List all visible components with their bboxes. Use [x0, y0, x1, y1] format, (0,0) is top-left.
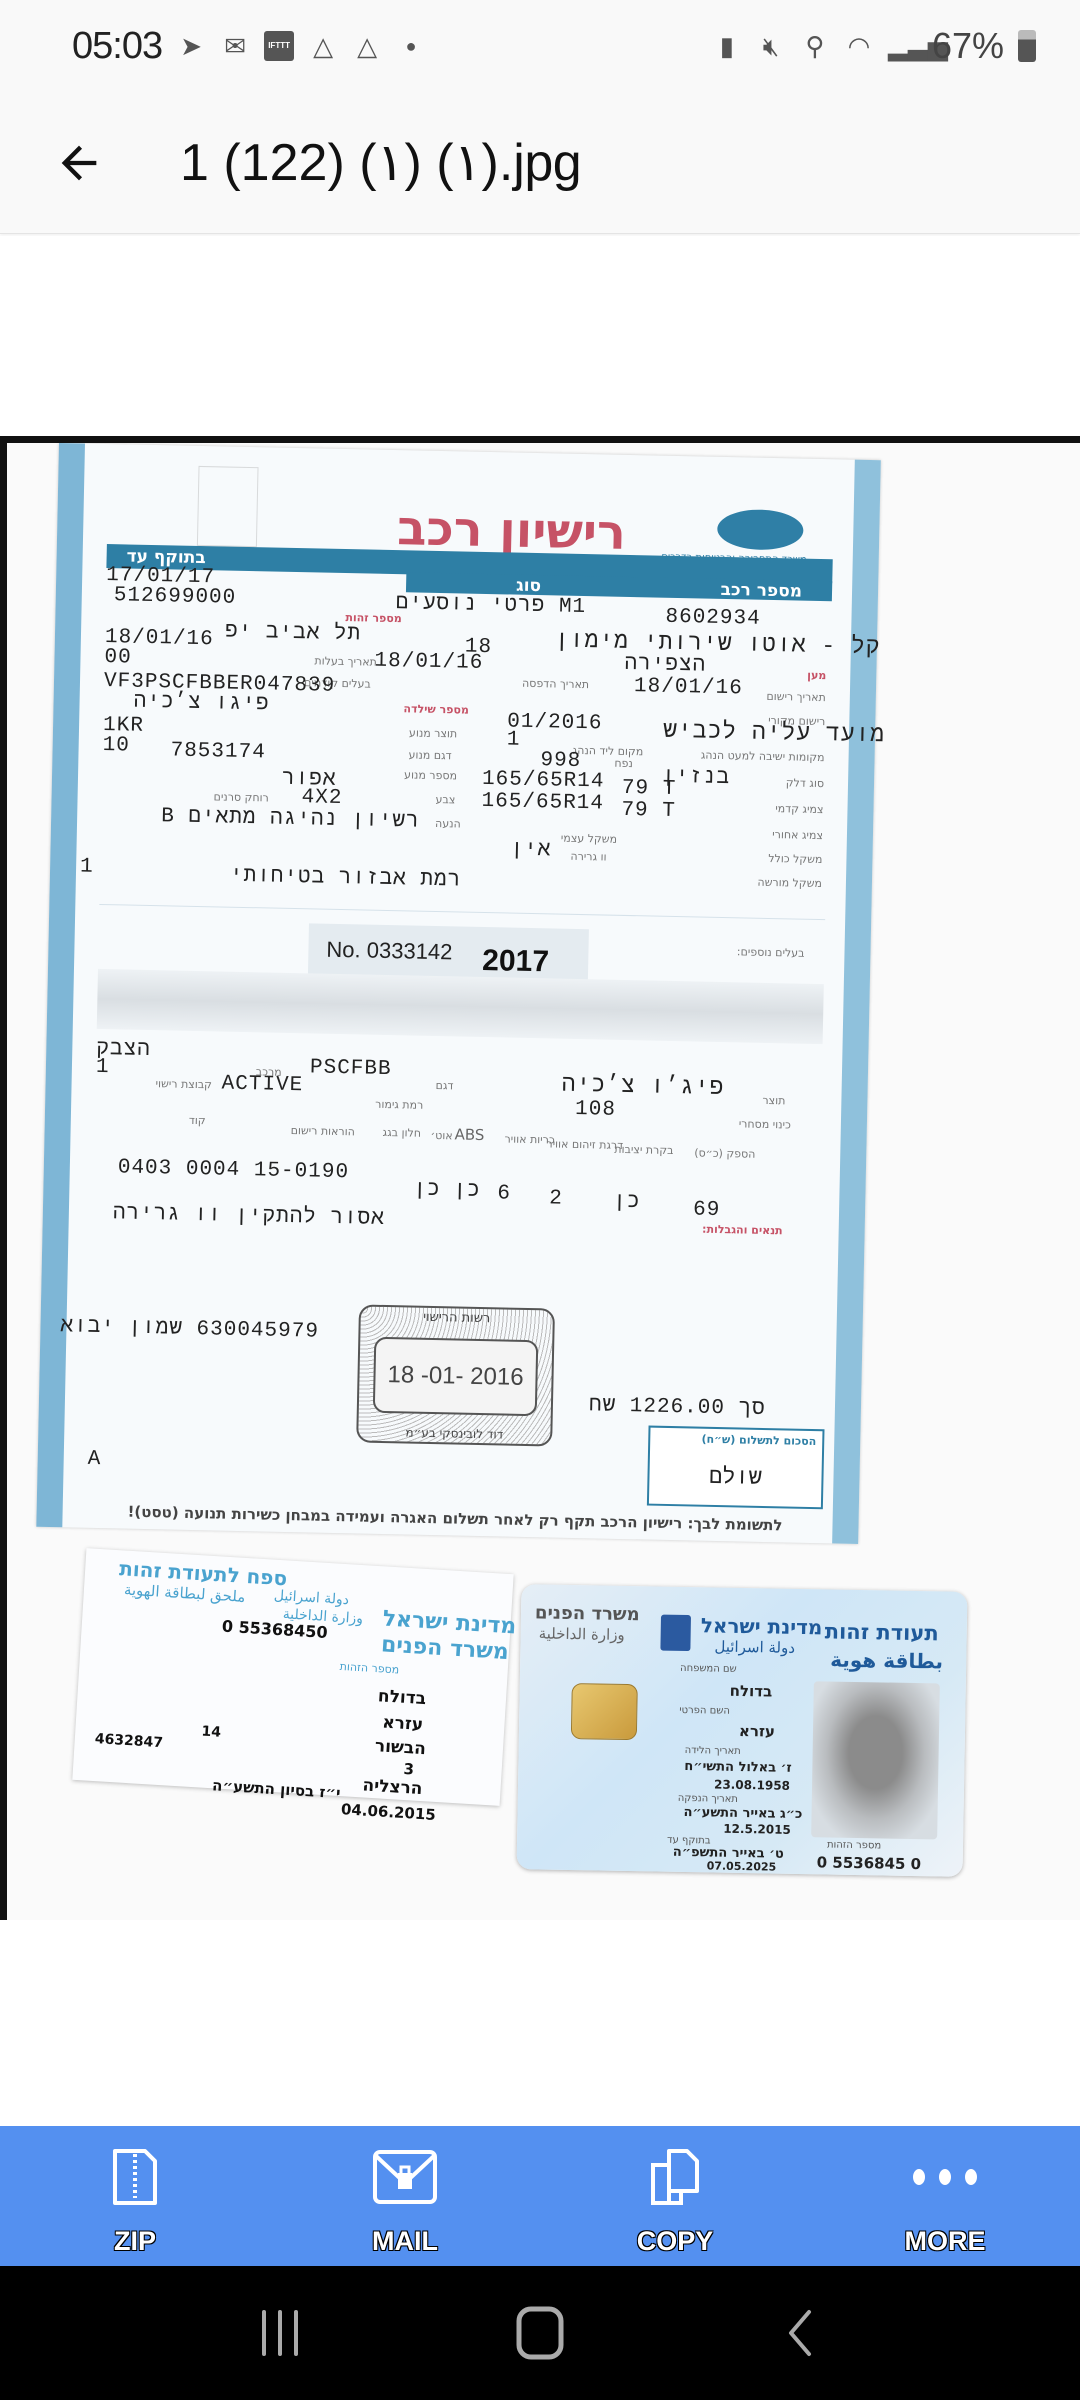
drive-icon: △	[352, 31, 382, 61]
engine-no: 7853174	[170, 739, 266, 764]
mail-button[interactable]: MAIL	[270, 2126, 540, 2266]
card-ministry-ar: وزارة الداخلية	[539, 1624, 625, 1644]
wifi-icon: ◠	[844, 31, 874, 61]
back-button[interactable]	[44, 128, 114, 198]
model-year: 01/2016	[507, 710, 603, 735]
payment-box: הסכום לתשלום (ש״ח) שולם	[647, 1426, 825, 1510]
recent-apps-button[interactable]	[230, 2283, 330, 2383]
app-bar: 1 (122) (١) (١).jpg	[0, 92, 1080, 234]
bottom-action-bar: ZIP MAIL COPY MORE	[0, 2126, 1080, 2266]
pollution-value: 2	[549, 1187, 563, 1210]
engine-no-label: מספר מנוע	[404, 768, 457, 782]
importer: 630045979 שמון יבוא	[60, 1315, 319, 1343]
more-button[interactable]: MORE	[810, 2126, 1080, 2266]
rear-tires-index: 79 T	[621, 799, 676, 823]
maker: פיג׳ו צ׳כיה	[561, 1072, 724, 1101]
vin-label: מספר שילדה	[403, 702, 469, 716]
reg-instructions-label: הוראות רישום	[291, 1124, 355, 1138]
card-dob: 23.08.1958	[714, 1778, 790, 1793]
displacement-label: נפח	[614, 757, 633, 770]
engine-maker-label: תוצר מנוע	[409, 726, 457, 740]
body: PSCFBB	[310, 1056, 392, 1081]
telegram-icon: ➤	[176, 31, 206, 61]
ownership-date: 18/01/16	[374, 650, 483, 675]
card-title: תעודת זהות	[825, 1619, 939, 1645]
seats-next-driver: 1	[507, 728, 521, 751]
vehicle-number: 8602934	[665, 606, 761, 631]
state-emblem-icon	[660, 1615, 691, 1652]
home-button[interactable]	[490, 2283, 590, 2383]
ownership-date-label: תאריך בעלות	[314, 654, 377, 668]
appendix-last-name: בדולח	[377, 1686, 426, 1709]
appendix-zip: 4632847	[94, 1731, 163, 1751]
manufacturer: פיגו צ׳כיה	[133, 691, 269, 717]
mail-icon	[372, 2149, 438, 2205]
trim: ACTIVE	[221, 1073, 303, 1098]
drive: 4X2	[301, 786, 342, 810]
card-id-label: מספר הזהות	[827, 1840, 881, 1852]
dob-label: תאריך הלידה	[685, 1745, 741, 1757]
battery-saver-icon: ▮	[712, 31, 742, 61]
engine-model-label: דגם מנוע	[408, 748, 451, 762]
sim-chip-icon	[571, 1683, 638, 1740]
card-issue-hebrew: כ״ג באייר התשע״ה	[683, 1805, 802, 1822]
color-label: צבע	[435, 793, 455, 806]
prev-owners: 00	[104, 646, 132, 670]
system-back-button[interactable]	[750, 2283, 850, 2383]
license-footer-note: לתשומת לבך: רישיון הרכב תקף רק לאחר תשלו…	[96, 1502, 782, 1534]
owner-name: קל - אוטו שירותי מימון	[555, 627, 881, 660]
battery-percent: 67%	[932, 25, 1004, 67]
card-first-name: עזרא	[739, 1722, 775, 1741]
vehicle-type: M1 פרטי נוסעים	[395, 592, 586, 619]
appendix-id-label: מספר הזהות	[339, 1660, 399, 1677]
mail-label: MAIL	[372, 2226, 438, 2257]
towing: אין	[510, 839, 551, 863]
zip-label: ZIP	[114, 2226, 156, 2257]
color-code-value: 1	[96, 1056, 110, 1079]
license-group-label: קבוצת רישוי	[155, 1077, 212, 1091]
print-date: 18/01/16	[634, 675, 743, 700]
payment-status: שולם	[649, 1464, 821, 1493]
image-viewer[interactable]: רישיון רכב משרד התחבורה והבטיחות בדרכים …	[0, 236, 1080, 2126]
file-title: 1 (122) (١) (١).jpg	[180, 133, 581, 193]
license-type: רשיון נהיגה מתאים B	[161, 805, 420, 833]
reg-date-label: תאריך רישום	[766, 690, 826, 704]
location-icon: ⚲	[800, 31, 830, 61]
back-icon	[785, 2308, 815, 2358]
status-time: 05:03	[72, 25, 162, 68]
letter: A	[87, 1448, 101, 1471]
portrait-photo	[811, 1681, 940, 1839]
zip-button[interactable]: ZIP	[0, 2126, 270, 2266]
card-ministry: משרד הפנים	[535, 1602, 640, 1625]
front-tires-label: צמיג קדמי	[775, 802, 823, 816]
system-nav-bar	[0, 2266, 1080, 2400]
rear-tires-label: צמיג אחורי	[772, 828, 823, 842]
payment-label: הסכום לתשלום (ש״ח)	[701, 1433, 816, 1448]
card-id-number: 0 5536845 0	[817, 1853, 922, 1873]
id-appendix-card: ספח לתעודת זהות ملحق لبطاقة الهوية دولة …	[72, 1548, 513, 1806]
ifttt-icon: IFTTT	[264, 31, 294, 61]
front-tires-index: 79 T	[622, 777, 677, 801]
serial-year: 2017	[482, 944, 549, 979]
stamp-dealer: דוד לובינסקי בע״מ	[366, 1425, 542, 1443]
code: 0403 0004 15-0190	[118, 1156, 350, 1184]
extra-owners-label: בעלים נוספים:	[737, 945, 805, 959]
self-weight-label: משקל עצמי	[561, 832, 617, 846]
original-reg: מועד עליה לכביש	[663, 718, 886, 749]
safety-level: רמת אבזור בטיחותי	[230, 865, 462, 893]
address-label: מען	[807, 669, 826, 682]
dot-icon: ●	[396, 31, 426, 61]
print-date-label: תאריך הדפסה	[522, 677, 589, 691]
rear-tires: 165/65R14	[481, 790, 604, 816]
mute-icon: 🔇︎	[756, 31, 786, 61]
stamp-date: 18 -01- 2016	[373, 1337, 539, 1416]
scanned-documents-image: רישיון רכב משרד התחבורה והבטיחות בדרכים …	[0, 436, 1080, 1920]
signal-icon: ▂▃▅	[888, 31, 918, 61]
appendix-city: הרצליה	[362, 1775, 423, 1799]
appendix-date: 04.06.2015	[340, 1800, 436, 1824]
appendix-state-ar: دولة اسرائيل	[273, 1588, 349, 1609]
appendix-street: הבשור	[374, 1736, 426, 1759]
outlook-icon: ✉	[220, 31, 250, 61]
fold-crease	[97, 969, 824, 1044]
owner-city: תל אביב יפ	[225, 621, 361, 647]
last-name-label: שם המשפחה	[680, 1663, 737, 1675]
conditions-label: תנאים והגבלות:	[702, 1223, 783, 1238]
registration-stamp: רשות הרישוי 18 -01- 2016 דוד לובינסקי בע…	[356, 1304, 555, 1446]
card-state: מדינת ישראל	[701, 1613, 823, 1639]
ministry-logo-icon	[717, 509, 804, 551]
safety-level-value: 1	[80, 856, 94, 879]
owner-id: 512699000	[114, 584, 237, 610]
arrow-left-icon	[53, 137, 105, 189]
fuel-label: סוג דלק	[786, 776, 824, 790]
total-amount: סך 1226.00 שח	[589, 1394, 766, 1421]
card-state-ar: دولة اسرائيل	[714, 1638, 795, 1657]
auto-value: כן	[413, 1179, 441, 1203]
appendix-date-hebrew: י״ז בסיון התשע״ה	[212, 1776, 341, 1802]
abs-label: ABS	[454, 1125, 484, 1144]
power-label: הספק (כ״ס)	[694, 1146, 755, 1160]
commercial-name: 108	[575, 1098, 616, 1122]
card-title-ar: بطاقة هوية	[830, 1648, 943, 1674]
stamp-authority: רשות הרישוי	[369, 1309, 545, 1328]
conditions: אסור להתקין וו גרירה	[113, 1202, 385, 1231]
trim-label: רמת גימור	[375, 1098, 423, 1112]
copy-icon	[647, 2148, 703, 2206]
total-weight-label: משקל כולל	[768, 852, 822, 866]
status-bar: 05:03 ➤ ✉ IFTTT △ △ ● ▮ 🔇︎ ⚲ ◠ ▂▃▅ 67%	[0, 0, 1080, 92]
serial-number: No. 0333142	[326, 937, 453, 966]
axle-label: רוחק סרנים	[213, 790, 268, 804]
emblem-icon	[197, 466, 259, 547]
card-issue: 12.5.2015	[723, 1822, 791, 1837]
card-valid: 07.05.2025	[707, 1859, 777, 1873]
drive-icon: △	[308, 31, 338, 61]
stability-value: כן	[613, 1191, 641, 1215]
home-icon	[515, 2306, 565, 2360]
more-label: MORE	[905, 2226, 986, 2257]
owner-address: הצפירה	[624, 653, 706, 678]
vehicle-license: רישיון רכב משרד התחבורה והבטיחות בדרכים …	[36, 443, 881, 1544]
card-dob-hebrew: ז׳ באלול התשי״ח	[684, 1759, 792, 1776]
more-dots-icon	[910, 2167, 980, 2187]
allowed-weight-label: משקל מורשה	[757, 876, 822, 890]
type-label: סוג	[516, 576, 541, 597]
commercial-name-label: כינוי מסחרי	[739, 1117, 791, 1131]
card-last-name: בדולח	[730, 1682, 773, 1701]
drive-label: הנעה	[435, 817, 461, 831]
copy-button[interactable]: COPY	[540, 2126, 810, 2266]
auto-label: אוט׳	[430, 1129, 452, 1142]
battery-icon	[1018, 30, 1036, 62]
power-value: 69	[693, 1198, 721, 1222]
appendix-house-no: 3	[403, 1760, 415, 1779]
airbags-value: 6	[497, 1182, 511, 1205]
pollution-label: דרגת זיהום אוויר	[546, 1137, 623, 1152]
seats-label: מקומות ישיבה למעט הנהג	[701, 749, 825, 765]
seats: 10	[102, 734, 130, 758]
vehicle-no-label: מספר רכב	[720, 580, 802, 602]
abs-value: כן	[453, 1179, 481, 1203]
sunroof-label: חלון בגג	[382, 1126, 421, 1140]
recent-apps-icon	[258, 2309, 302, 2357]
maker-label: תוצר	[762, 1094, 785, 1107]
zip-file-icon	[112, 2148, 158, 2206]
id-card: משרד הפנים وزارة الداخلية מדינת ישראל دو…	[517, 1584, 968, 1877]
towing-label: וו גרירה	[570, 850, 606, 864]
issue-label: תאריך הנפקה	[678, 1793, 738, 1805]
copy-label: COPY	[637, 2226, 714, 2257]
model-label: דגם	[435, 1079, 453, 1092]
first-name-label: השם הפרטי	[679, 1705, 730, 1717]
stability-label: בקרת יציבות	[614, 1143, 673, 1157]
code-label: קוד	[189, 1114, 206, 1127]
appendix-first-name: עזרא	[382, 1713, 424, 1735]
appendix-entrance: 14	[201, 1724, 221, 1741]
